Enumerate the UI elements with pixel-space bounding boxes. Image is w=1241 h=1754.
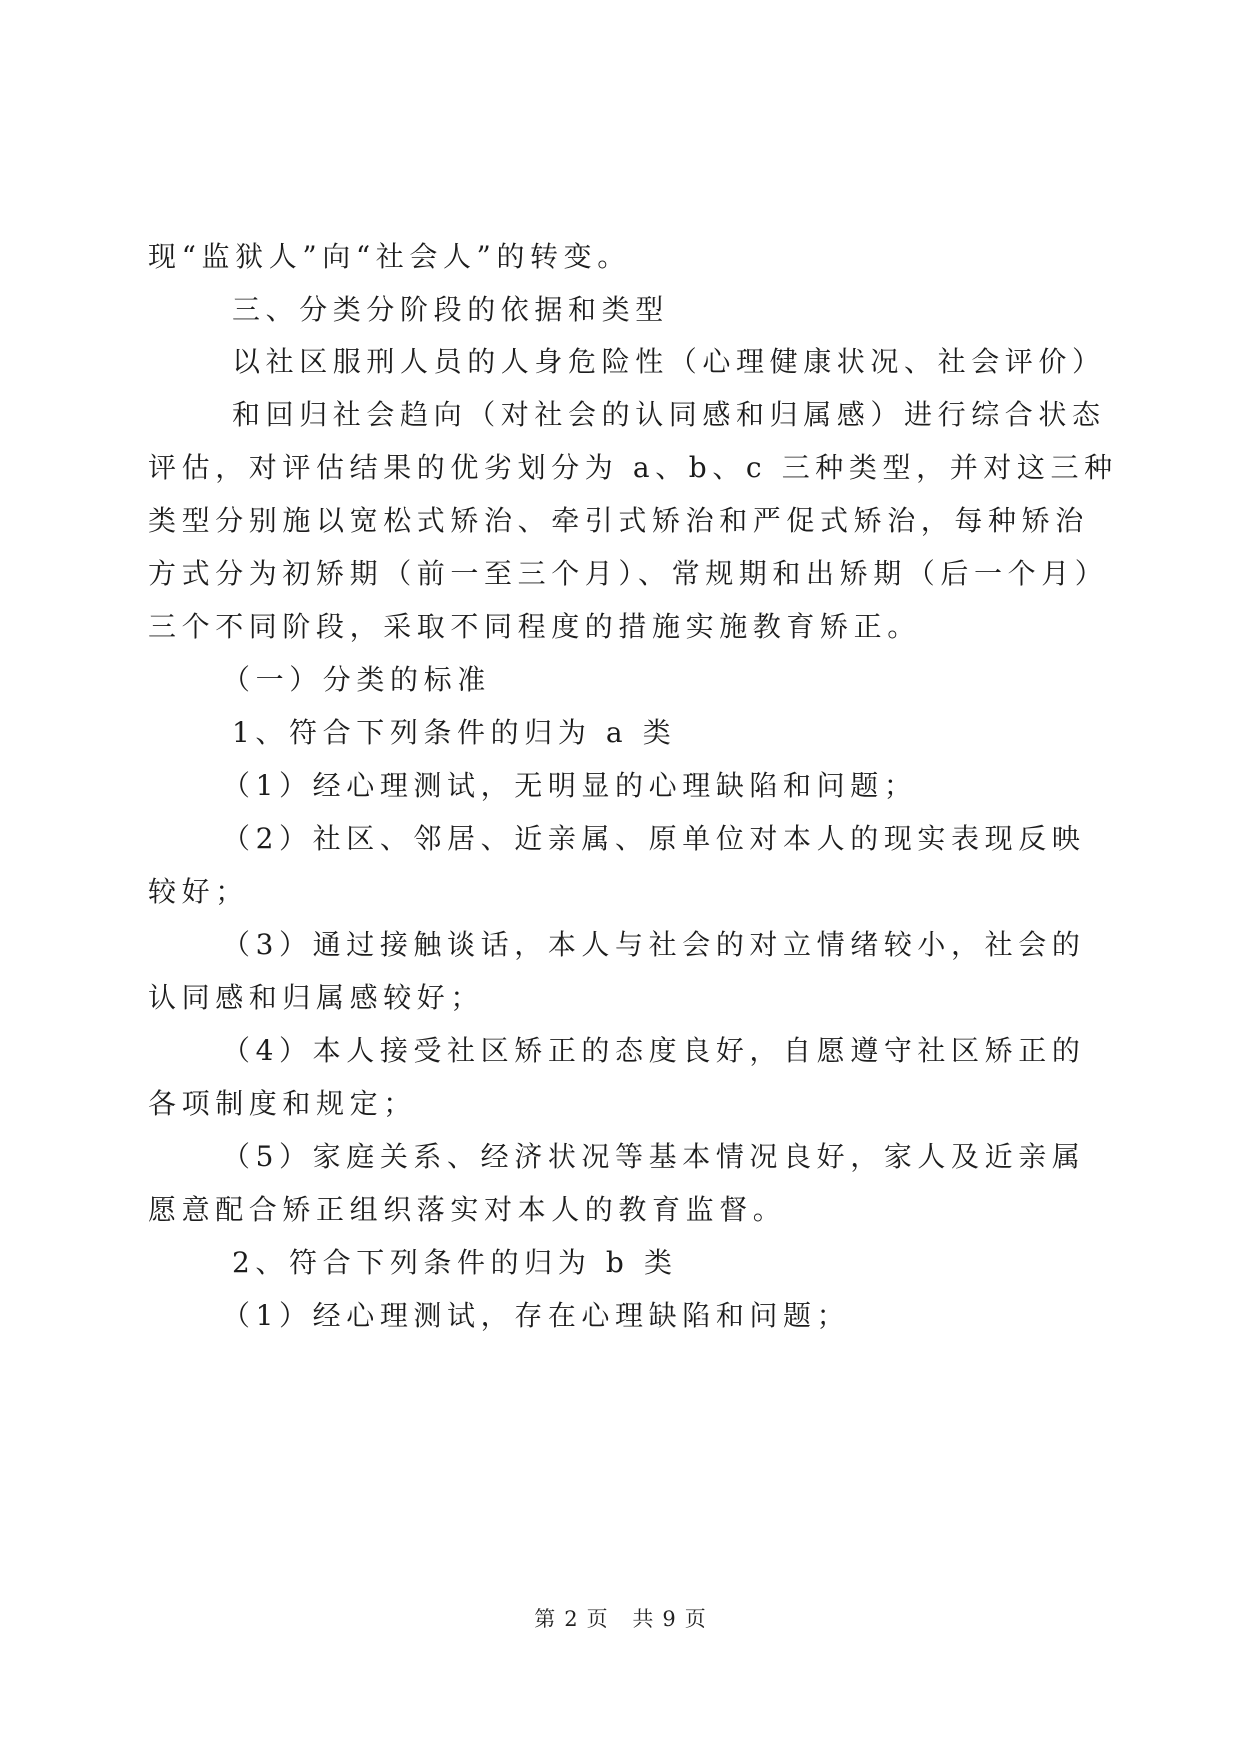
- body-line-3: 以社区服刑人员的人身危险性（心理健康状况、社会评价）: [232, 345, 978, 379]
- body-line-6: 类型分别施以宽松式矫治、牵引式矫治和严促式矫治，每种矫治: [148, 504, 978, 538]
- category-b-heading: 2、符合下列条件的归为 b 类: [232, 1246, 978, 1280]
- total-pages: 9: [662, 1607, 676, 1631]
- document-page: 现“监狱人”向“社会人”的转变。 三、分类分阶段的依据和类型 以社区服刑人员的人…: [0, 0, 1241, 1754]
- criterion-a-2-cont: 较好；: [148, 875, 978, 909]
- criterion-a-2: （2）社区、邻居、近亲属、原单位对本人的现实表现反映: [222, 822, 978, 856]
- body-line-5: 评估，对评估结果的优劣划分为 a、b、c 三种类型，并对这三种: [148, 451, 978, 485]
- criterion-b-1: （1）经心理测试，存在心理缺陷和问题；: [222, 1299, 978, 1333]
- criterion-a-4: （4）本人接受社区矫正的态度良好，自愿遵守社区矫正的: [222, 1034, 978, 1068]
- section-heading-3: 三、分类分阶段的依据和类型: [232, 293, 978, 327]
- criterion-a-3-cont: 认同感和归属感较好；: [148, 981, 978, 1015]
- criterion-a-3: （3）通过接触谈话，本人与社会的对立情绪较小，社会的: [222, 928, 978, 962]
- criterion-a-1: （1）经心理测试，无明显的心理缺陷和问题；: [222, 769, 978, 803]
- category-a-heading: 1、符合下列条件的归为 a 类: [232, 716, 978, 750]
- body-line-1: 现“监狱人”向“社会人”的转变。: [148, 240, 978, 274]
- total-label-suffix: 页: [685, 1607, 707, 1631]
- criterion-a-5-cont: 愿意配合矫正组织落实对本人的教育监督。: [148, 1193, 978, 1227]
- total-label-prefix: 共: [632, 1607, 654, 1631]
- body-line-4: 和回归社会趋向（对社会的认同感和归属感）进行综合状态: [232, 398, 978, 432]
- subsection-heading-1: （一）分类的标准: [222, 663, 978, 697]
- body-line-8: 三个不同阶段，采取不同程度的措施实施教育矫正。: [148, 610, 978, 644]
- criterion-a-5: （5）家庭关系、经济状况等基本情况良好，家人及近亲属: [222, 1140, 978, 1174]
- page-label-prefix: 第: [534, 1607, 556, 1631]
- page-footer: 第2页 共9页: [0, 1606, 1241, 1632]
- page-label-suffix: 页: [587, 1607, 609, 1631]
- page-number: 第2页: [530, 1607, 612, 1631]
- body-line-7: 方式分为初矫期（前一至三个月）、常规期和出矫期（后一个月）: [148, 557, 978, 591]
- criterion-a-4-cont: 各项制度和规定；: [148, 1087, 978, 1121]
- current-page: 2: [564, 1607, 578, 1631]
- page-total: 共9页: [628, 1607, 710, 1631]
